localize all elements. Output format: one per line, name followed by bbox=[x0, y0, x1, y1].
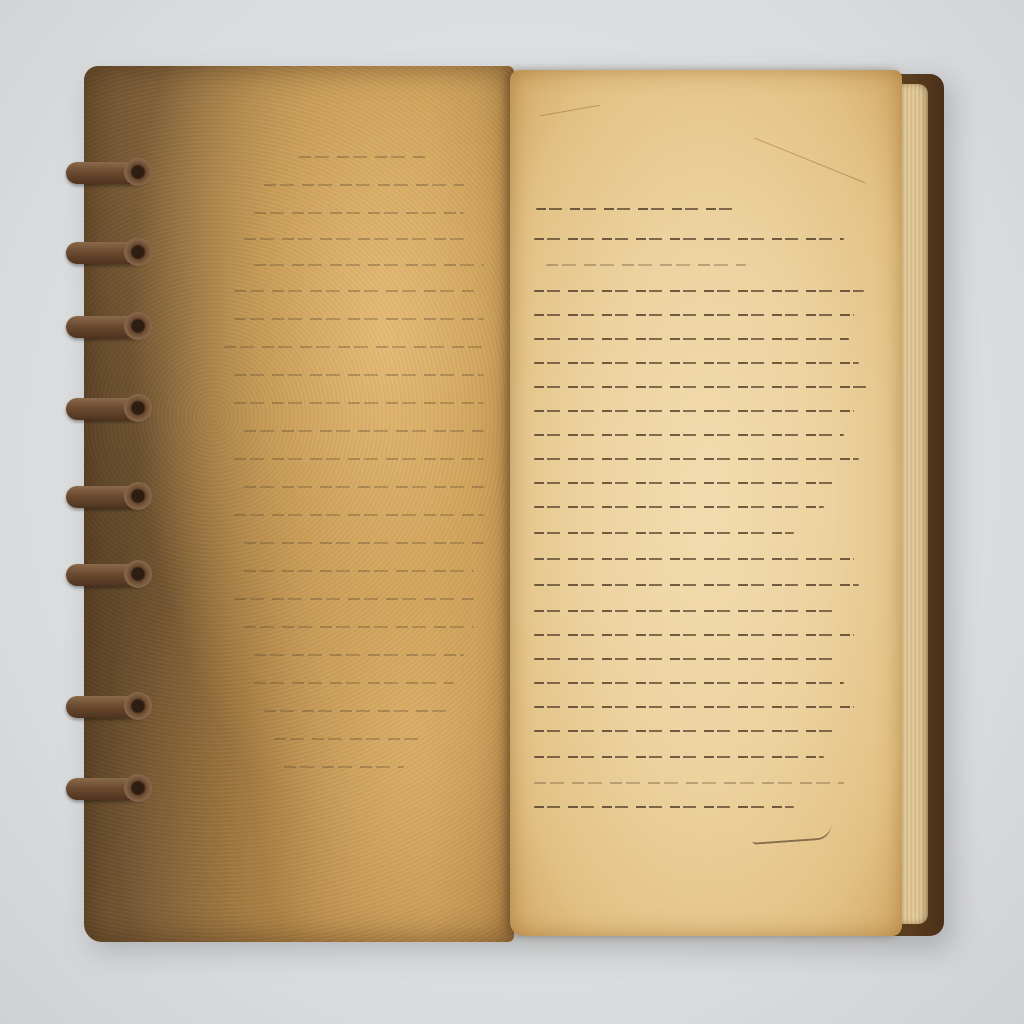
script-line bbox=[534, 238, 844, 240]
script-line bbox=[534, 584, 859, 586]
binding-ring bbox=[66, 486, 148, 508]
faded-script-line bbox=[234, 290, 474, 292]
faded-script-line bbox=[234, 598, 474, 600]
script-line bbox=[534, 314, 854, 316]
page-crack bbox=[754, 138, 866, 184]
script-line bbox=[534, 682, 844, 684]
binding-ring bbox=[66, 564, 148, 586]
faded-script-line bbox=[224, 346, 484, 348]
faded-script-line bbox=[244, 542, 484, 544]
faded-script-line bbox=[254, 264, 484, 266]
faded-script-line bbox=[254, 654, 464, 656]
script-line bbox=[534, 362, 859, 364]
script-line bbox=[534, 706, 854, 708]
script-line bbox=[534, 338, 849, 340]
script-line bbox=[534, 610, 834, 612]
script-line bbox=[534, 290, 864, 292]
script-line bbox=[534, 434, 844, 436]
faded-script-line bbox=[234, 402, 484, 404]
script-line bbox=[534, 410, 854, 412]
page-crack bbox=[540, 105, 599, 116]
script-line bbox=[534, 458, 859, 460]
faded-script-line bbox=[244, 238, 464, 240]
script-line bbox=[546, 264, 746, 266]
script-line bbox=[534, 482, 834, 484]
faded-script-line bbox=[274, 738, 424, 740]
faded-script-line bbox=[244, 570, 474, 572]
binding-ring bbox=[66, 398, 148, 420]
faded-script-line bbox=[234, 318, 484, 320]
script-line bbox=[534, 658, 834, 660]
faded-script-line bbox=[234, 514, 484, 516]
script-line bbox=[534, 756, 824, 758]
binding-ring bbox=[66, 778, 148, 800]
binding-ring bbox=[66, 316, 148, 338]
faded-script-line bbox=[264, 184, 464, 186]
faded-script-line bbox=[299, 156, 429, 158]
faded-script-line bbox=[254, 212, 464, 214]
script-line bbox=[534, 782, 844, 784]
script-line bbox=[534, 806, 794, 808]
faded-script-line bbox=[284, 766, 404, 768]
journal-scene: Open antique ring-bound journal on a lig… bbox=[0, 0, 1024, 1024]
faded-script-line bbox=[244, 430, 484, 432]
script-line bbox=[534, 634, 854, 636]
script-line bbox=[534, 506, 824, 508]
binding-ring bbox=[66, 242, 148, 264]
script-line bbox=[534, 532, 794, 534]
script-line bbox=[534, 386, 869, 388]
image-description: Open antique ring-bound journal on a lig… bbox=[0, 0, 1, 1]
binding-ring bbox=[66, 696, 148, 718]
right-parchment-page bbox=[510, 70, 902, 936]
faded-script-line bbox=[254, 682, 454, 684]
binding-ring bbox=[66, 162, 148, 184]
faded-script-line bbox=[234, 374, 484, 376]
faded-script-line bbox=[264, 710, 454, 712]
script-heading bbox=[536, 208, 736, 210]
script-line bbox=[534, 730, 834, 732]
faded-script-line bbox=[234, 458, 484, 460]
faded-script-line bbox=[244, 626, 474, 628]
script-line bbox=[534, 558, 854, 560]
faded-script-line bbox=[244, 486, 484, 488]
